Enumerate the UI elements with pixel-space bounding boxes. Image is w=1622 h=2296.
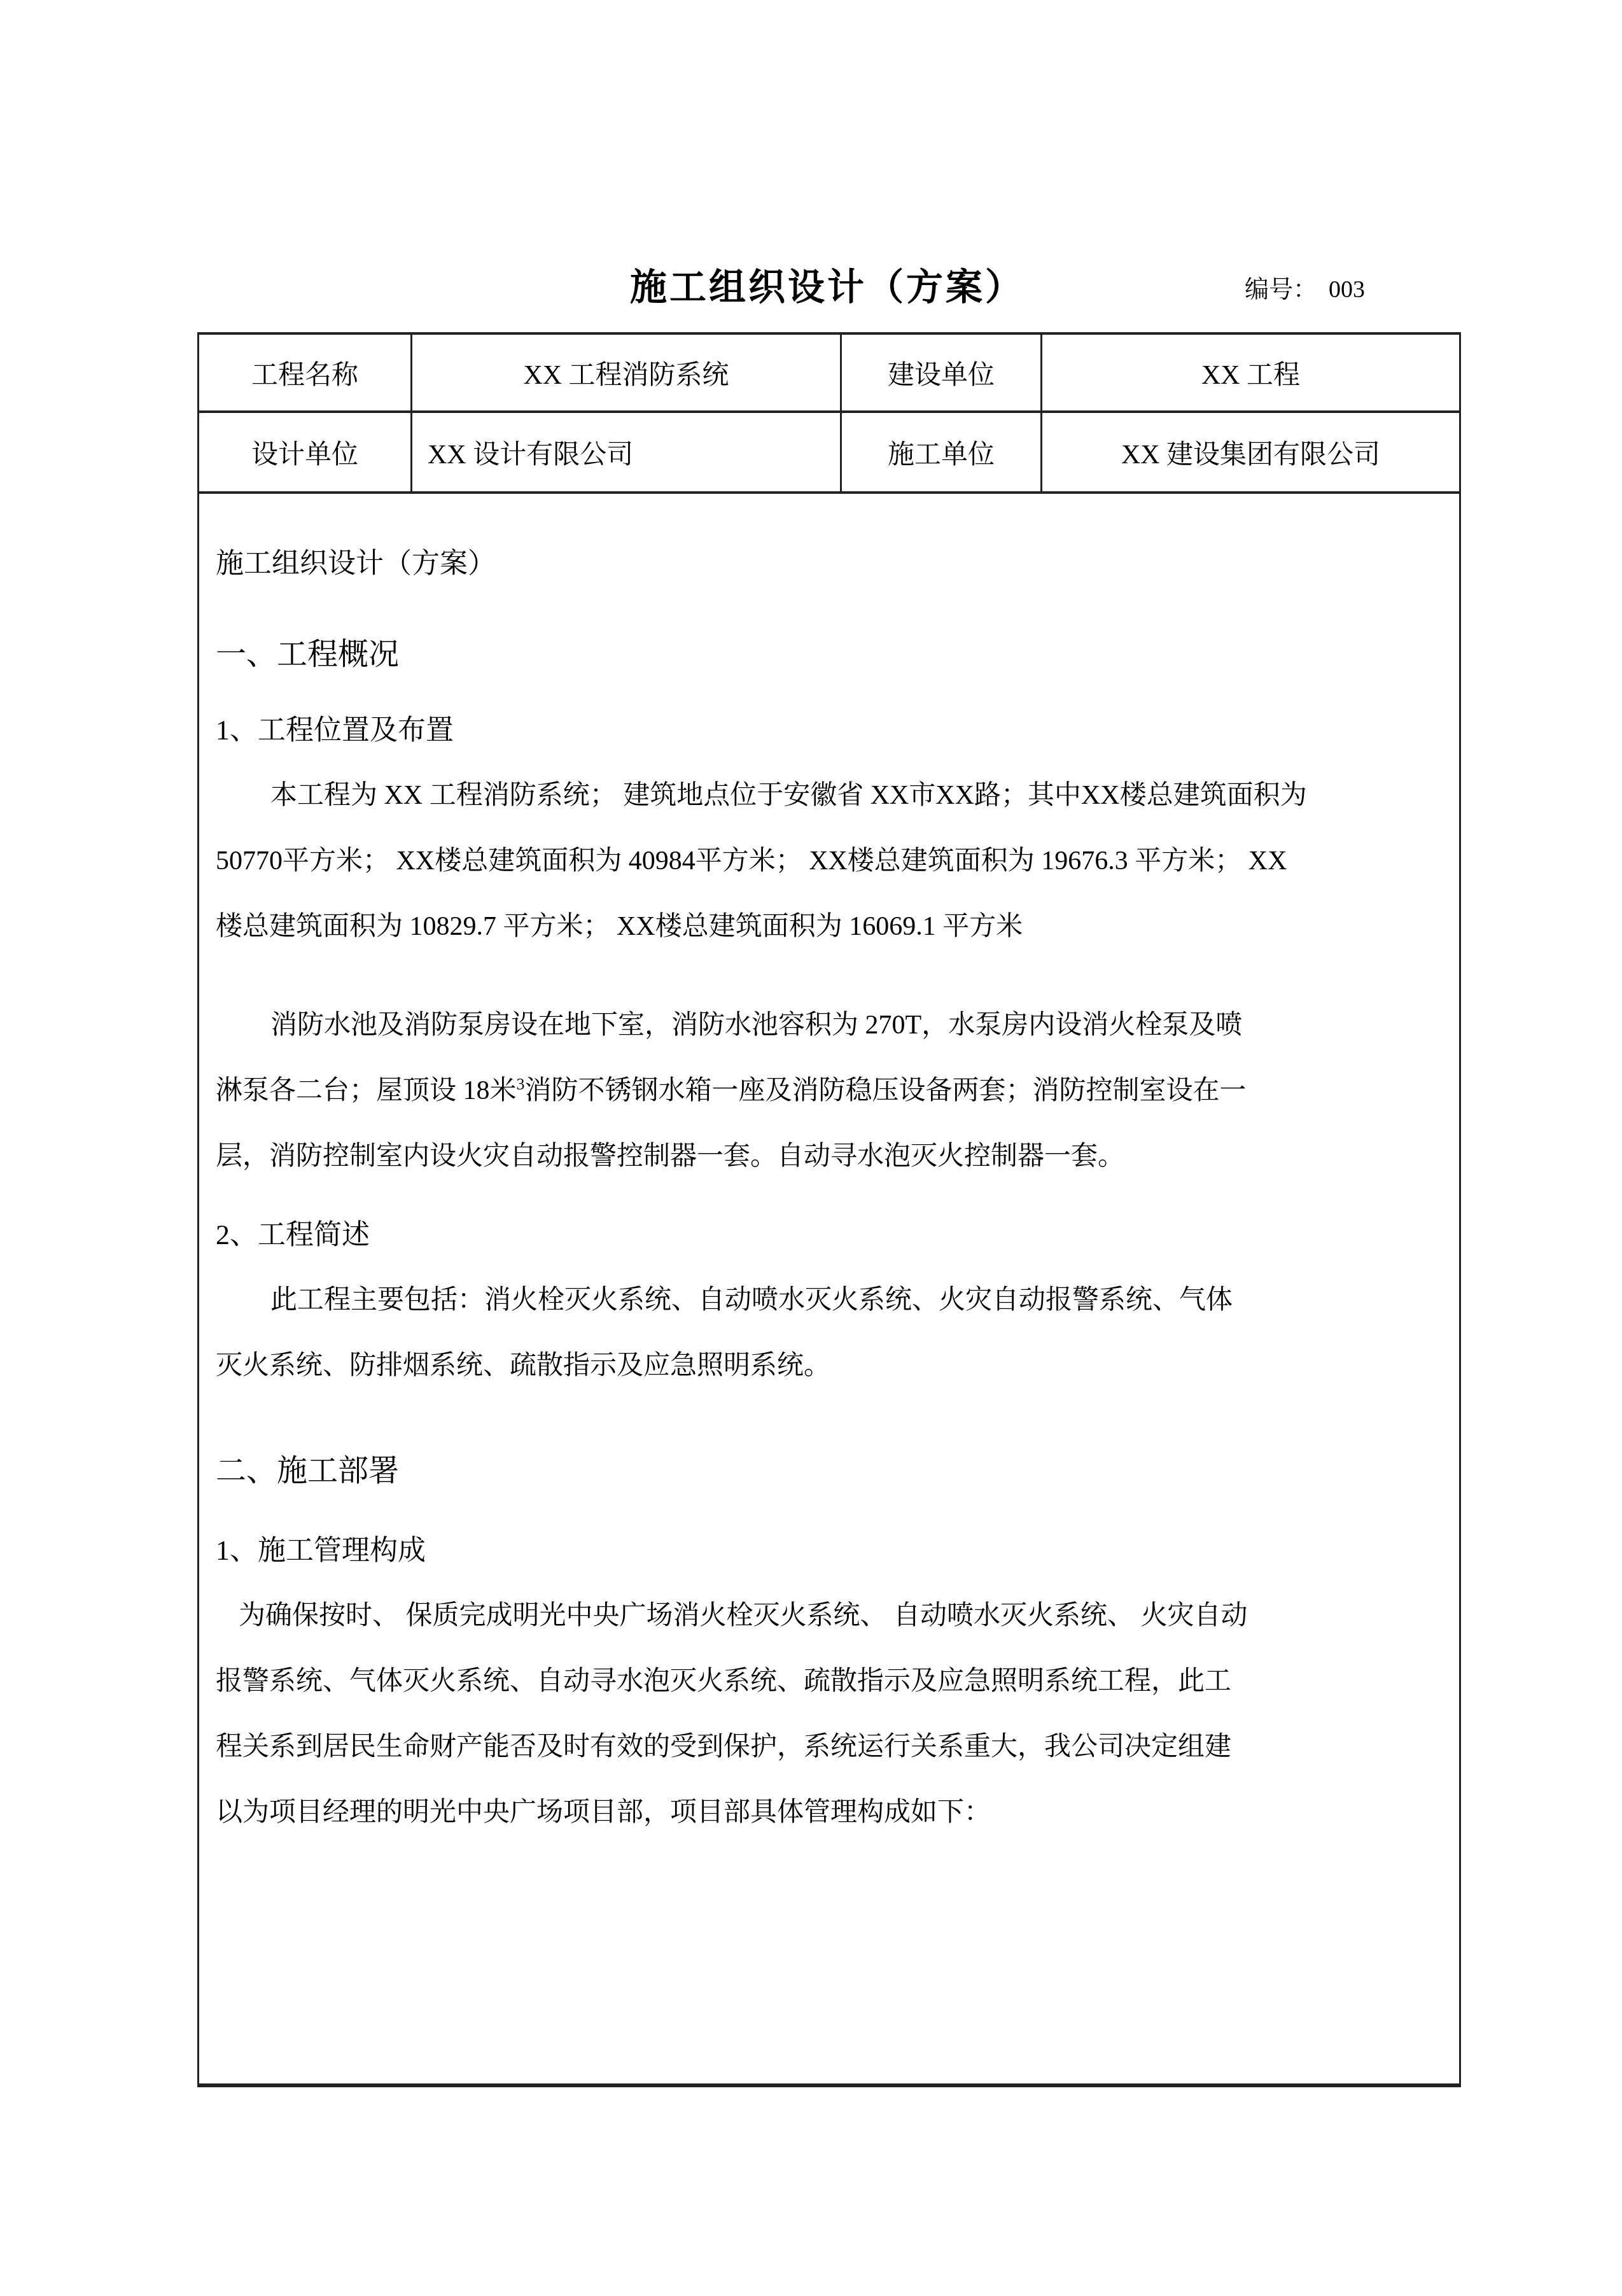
cell-owner-label: 建设单位	[842, 335, 1042, 413]
paragraph-line: 灭火系统、防排烟系统、疏散指示及应急照明系统。	[216, 1333, 1437, 1399]
cell-owner-value: XX 工程	[1042, 335, 1459, 413]
text-segment: 淋泵各二台；屋顶设 18米	[216, 1076, 517, 1105]
cell-contractor-value: XX 建设集团有限公司	[1042, 413, 1459, 491]
paragraph-line: 淋泵各二台；屋顶设 18米3消防不锈钢水箱一座及消防稳压设备两套；消防控制室设在…	[216, 1058, 1437, 1124]
cell-contractor-label: 施工单位	[842, 413, 1042, 491]
cell-designer-label: 设计单位	[199, 413, 412, 491]
doc-number-label: 编号：	[1245, 276, 1317, 303]
doc-number: 编号：003	[1245, 256, 1365, 319]
paragraph-line: 本工程为 XX 工程消防系统； 建筑地点位于安徽省 XX市XX路；其中XX楼总建…	[216, 763, 1437, 829]
subsection-heading-management: 1、施工管理构成	[216, 1518, 1437, 1583]
document-header: 施工组织设计（方案） 编号：003	[197, 256, 1457, 319]
project-info-table: 工程名称 XX 工程消防系统 建设单位 XX 工程 设计单位 XX 设计有限公司…	[199, 335, 1459, 494]
doc-number-value: 003	[1329, 276, 1365, 303]
subsection-heading-location: 1、工程位置及布置	[216, 697, 1437, 763]
paragraph-management: 为确保按时、 保质完成明光中央广场消火栓灭火系统、 自动喷水灭火系统、 火灾自动…	[216, 1583, 1437, 1845]
paragraph-line: 楼总建筑面积为 10829.7 平方米； XX楼总建筑面积为 16069.1 平…	[216, 894, 1437, 960]
cell-designer-value: XX 设计有限公司	[412, 413, 842, 491]
text-segment: 消防不锈钢水箱一座及消防稳压设备两套；消防控制室设在一	[525, 1076, 1247, 1105]
paragraph-line: 报警系统、气体灭火系统、自动寻水泡灭火系统、疏散指示及应急照明系统工程，此工	[216, 1649, 1437, 1714]
section-heading-deployment: 二、施工部署	[216, 1438, 1437, 1504]
paragraph-line: 50770平方米； XX楼总建筑面积为 40984平方米； XX楼总建筑面积为 …	[216, 829, 1437, 894]
document-content: 施工组织设计（方案） 一、工程概况 1、工程位置及布置 本工程为 XX 工程消防…	[199, 531, 1459, 1845]
paragraph-line: 为确保按时、 保质完成明光中央广场消火栓灭火系统、 自动喷水灭火系统、 火灾自动	[216, 1583, 1437, 1649]
paragraph-line: 以为项目经理的明光中央广场项目部，项目部具体管理构成如下：	[216, 1780, 1437, 1845]
subsection-heading-brief: 2、工程简述	[216, 1202, 1437, 1268]
document-body-frame: 工程名称 XX 工程消防系统 建设单位 XX 工程 设计单位 XX 设计有限公司…	[197, 332, 1461, 2087]
paragraph-line: 层，消防控制室内设火灾自动报警控制器一套。自动寻水泡灭火控制器一套。	[216, 1124, 1437, 1189]
doc-subtitle: 施工组织设计（方案）	[216, 531, 1437, 596]
superscript-cubic-meter: 3	[517, 1075, 525, 1093]
paragraph-fire-pool: 消防水池及消防泵房设在地下室，消防水池容积为 270T，水泵房内设消火栓泵及喷 …	[216, 993, 1437, 1189]
section-heading-overview: 一、工程概况	[216, 622, 1437, 687]
paragraph-line: 程关系到居民生命财产能否及时有效的受到保护，系统运行关系重大，我公司决定组建	[216, 1714, 1437, 1780]
document-page: { "header": { "title": "施工组织设计（方案）", "do…	[0, 0, 1622, 2296]
cell-project-name-label: 工程名称	[199, 335, 412, 413]
paragraph-line: 消防水池及消防泵房设在地下室，消防水池容积为 270T，水泵房内设消火栓泵及喷	[216, 993, 1437, 1058]
cell-project-name-value: XX 工程消防系统	[412, 335, 842, 413]
paragraph-project-location: 本工程为 XX 工程消防系统； 建筑地点位于安徽省 XX市XX路；其中XX楼总建…	[216, 763, 1437, 960]
paragraph-line: 此工程主要包括：消火栓灭火系统、自动喷水灭火系统、火灾自动报警系统、气体	[216, 1268, 1437, 1333]
paragraph-project-scope: 此工程主要包括：消火栓灭火系统、自动喷水灭火系统、火灾自动报警系统、气体 灭火系…	[216, 1268, 1437, 1399]
